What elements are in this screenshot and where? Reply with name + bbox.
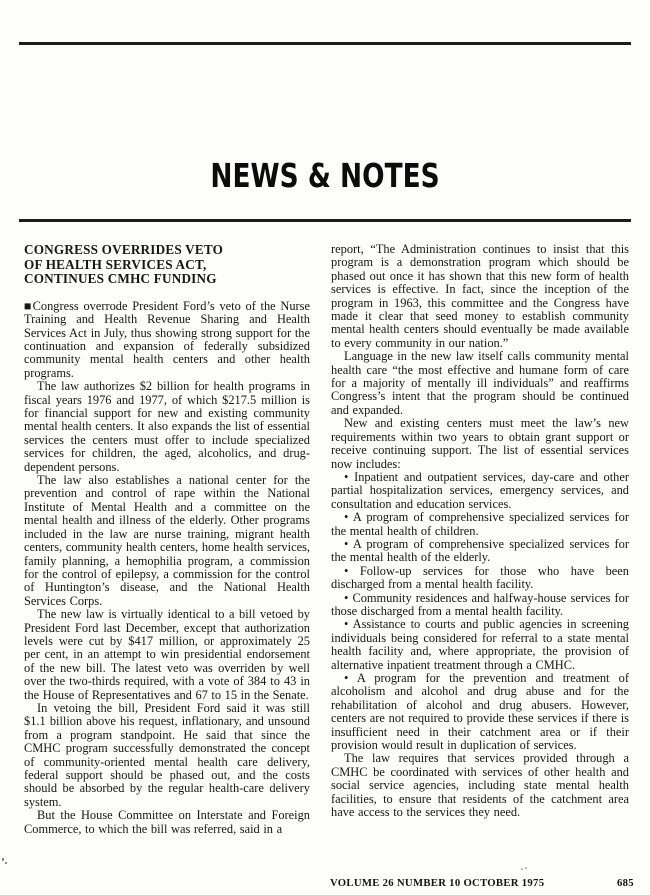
masthead-rule [19,219,631,222]
bullet-item: • Inpatient and outpatient services, day… [331,471,629,511]
scan-artifact [521,868,523,870]
journal-page: NEWS & NOTES CONGRESS OVERRIDES VETO OF … [0,0,650,895]
scan-artifact [2,858,4,861]
paragraph: But the House Committee on Interstate an… [24,809,310,836]
paragraph: The law also establishes a national cent… [24,474,310,608]
article-title-line: CONTINUES CMHC FUNDING [24,272,310,287]
bullet-item: • A program of comprehensive specialized… [331,538,629,565]
article-title-line: CONGRESS OVERRIDES VETO [24,243,310,258]
paragraph: The law authorizes $2 billion for health… [24,380,310,474]
paragraph: In vetoing the bill, President Ford said… [24,702,310,809]
scan-artifact [5,862,7,864]
article-title: CONGRESS OVERRIDES VETO OF HEALTH SERVIC… [24,243,310,287]
right-column: report, “The Administration continues to… [331,243,629,836]
article-title-line: OF HEALTH SERVICES ACT, [24,258,310,273]
article-body: CONGRESS OVERRIDES VETO OF HEALTH SERVIC… [24,243,629,836]
section-masthead: NEWS & NOTES [65,156,585,195]
bullet-item: • Follow-up services for those who have … [331,565,629,592]
scan-artifact [525,867,527,869]
left-column: CONGRESS OVERRIDES VETO OF HEALTH SERVIC… [24,243,310,836]
paragraph: report, “The Administration continues to… [331,243,629,350]
paragraph: New and existing centers must meet the l… [331,417,629,471]
bullet-item: • Assistance to courts and public agenci… [331,618,629,672]
page-number: 685 [617,877,634,889]
bullet-item: • A program for the prevention and treat… [331,672,629,752]
bullet-item: • Community residences and halfway-house… [331,592,629,619]
top-rule [19,42,631,45]
paragraph: The new law is virtually identical to a … [24,608,310,702]
volume-line: VOLUME 26 NUMBER 10 OCTOBER 1975 [330,877,544,889]
paragraph: ■Congress overrode President Ford’s veto… [24,300,310,380]
paragraph: The law requires that services provided … [331,752,629,819]
bullet-item: • A program of comprehensive specialized… [331,511,629,538]
paragraph: Language in the new law itself calls com… [331,350,629,417]
